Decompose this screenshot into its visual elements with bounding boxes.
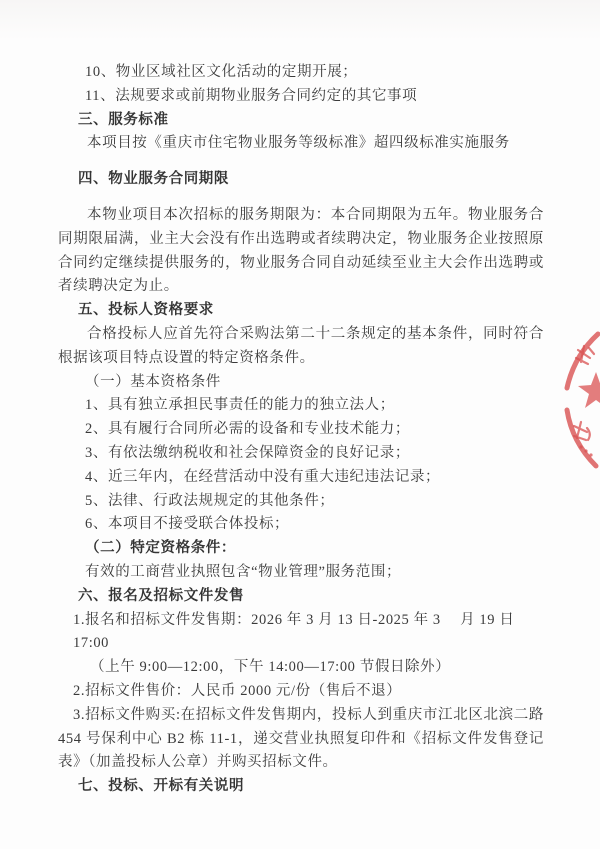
section-5-intro: 合格投标人应首先符合采购法第二十二条规定的基本条件，同时符合根据该项目特点设置的… <box>58 323 544 371</box>
red-seal-stamp <box>554 328 600 473</box>
clause-10: 10、物业区域社区文化活动的定期开展； <box>58 61 544 85</box>
heading-section-5-bidder-qualification: 五、投标人资格要求 <box>58 299 544 323</box>
basic-condition-6: 6、本项目不接受联合体投标； <box>58 513 544 537</box>
subheading-specific-qualification: （二）特定资格条件： <box>58 537 544 561</box>
section-3-body: 本项目按《重庆市住宅物业服务等级标准》超四级标准实施服务 <box>58 132 544 156</box>
basic-condition-1: 1、具有独立承担民事责任的能力的独立法人； <box>58 394 544 418</box>
document-price-line: 2.招标文件售价：人民币 2000 元/份（售后不退） <box>58 680 544 704</box>
basic-condition-4: 4、近三年内，在经营活动中没有重大违纪违法记录； <box>58 466 544 490</box>
sale-period-line: 1.报名和招标文件发售期：2026 年 3 月 13 日-2025 年 3 月 … <box>58 609 544 657</box>
sale-hours-line: （上午 9:00—12:00，下午 14:00—17:00 节假日除外） <box>58 656 544 680</box>
heading-section-4-contract-term: 四、物业服务合同期限 <box>58 168 544 192</box>
heading-section-7-bid-opening: 七、投标、开标有关说明 <box>58 775 544 799</box>
heading-section-6-document-sale: 六、报名及招标文件发售 <box>58 585 544 609</box>
section-4-body: 本物业项目本次招标的服务期限为：本合同期限为五年。物业服务合同期限届满，业主大会… <box>58 204 544 299</box>
clause-11: 11、法规要求或前期物业服务合同约定的其它事项 <box>58 85 544 109</box>
scanned-document-page: 10、物业区域社区文化活动的定期开展；11、法规要求或前期物业服务合同约定的其它… <box>0 0 600 849</box>
basic-condition-2: 2、具有履行合同所必需的设备和专业技术能力； <box>58 418 544 442</box>
subheading-basic-qualification: （一）基本资格条件 <box>58 371 544 395</box>
document-body: 10、物业区域社区文化活动的定期开展；11、法规要求或前期物业服务合同约定的其它… <box>58 61 544 799</box>
scan-shading <box>0 0 600 40</box>
basic-condition-5: 5、法律、行政法规规定的其他条件； <box>58 490 544 514</box>
specific-condition-1: 有效的工商营业执照包含“物业管理”服务范围； <box>58 561 544 585</box>
heading-section-3-service-standard: 三、服务标准 <box>58 109 544 133</box>
document-purchase-line: 3.招标文件购买:在招标文件发售期内，投标人到重庆市江北区北滨二路 454 号保… <box>58 704 544 775</box>
basic-condition-3: 3、有依法缴纳税收和社会保障资金的良好记录； <box>58 442 544 466</box>
